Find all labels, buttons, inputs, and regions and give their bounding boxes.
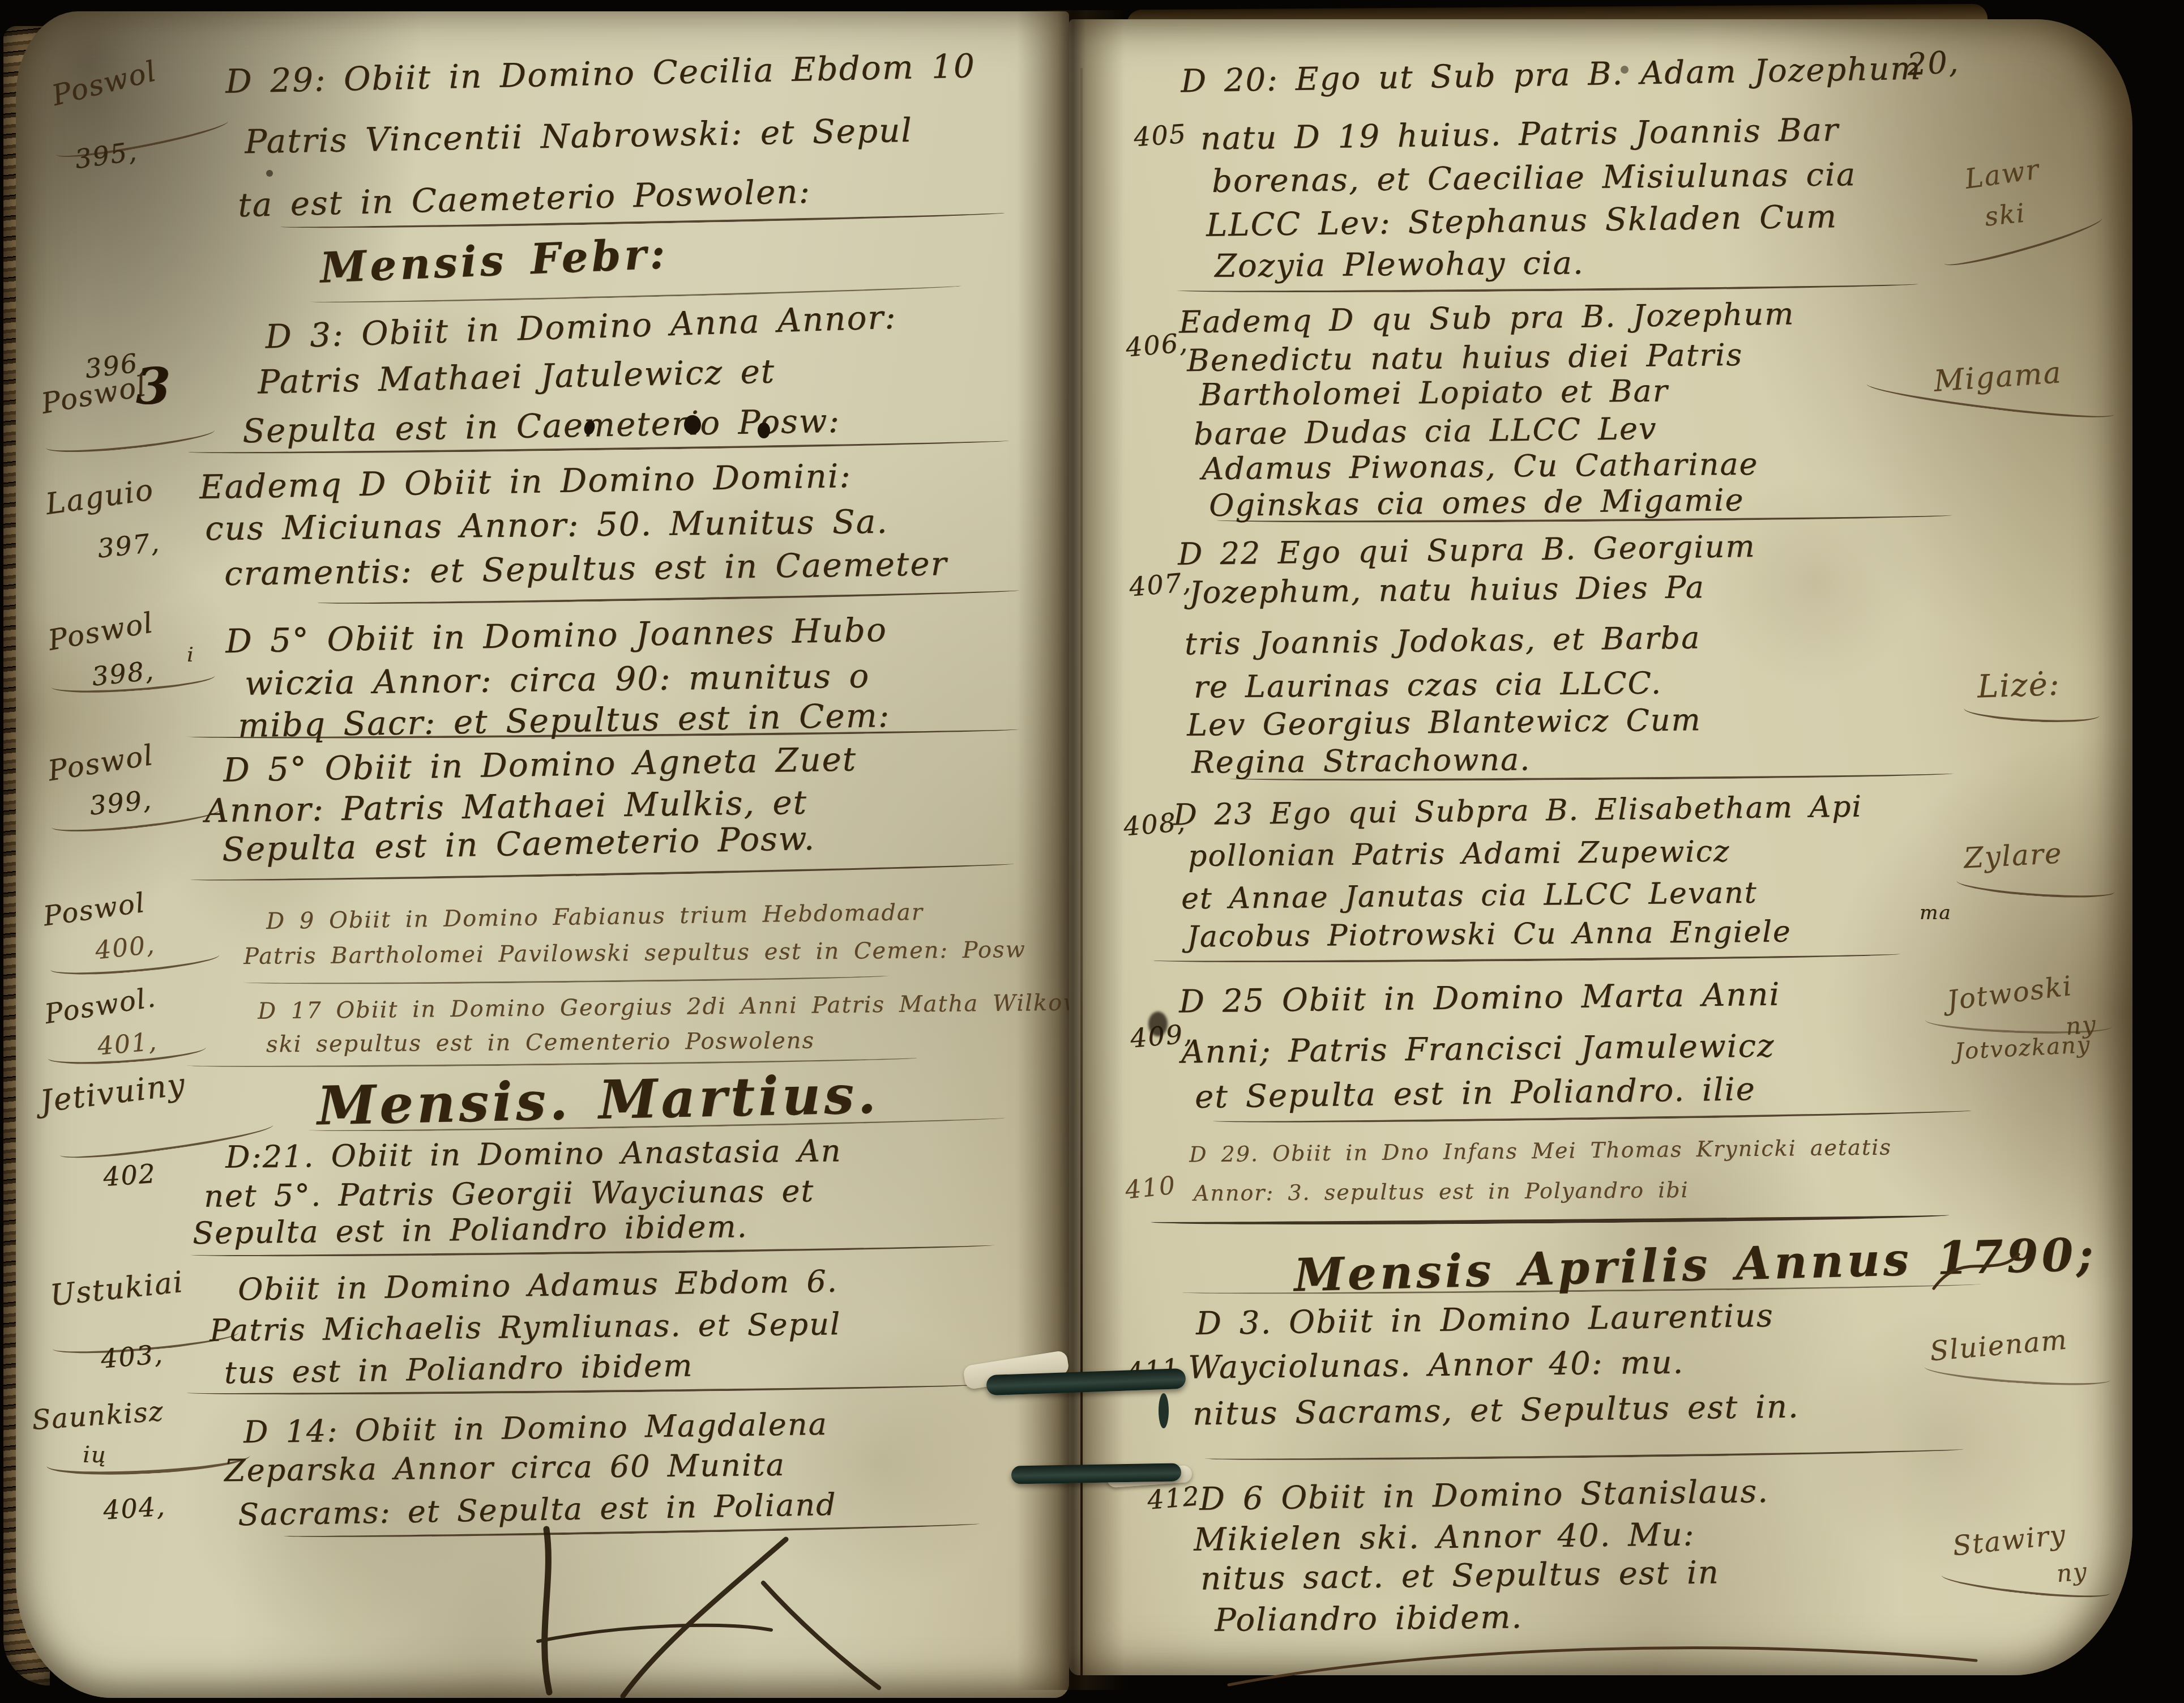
entry-409-line-2: Anni; Patris Francisci Jamulewicz xyxy=(1181,1028,1775,1071)
entry-402-line-1: D:21. Obiit in Domino Anastasia An xyxy=(225,1133,842,1175)
ink-smudge xyxy=(1148,1011,1168,1036)
binding-stitch-bottom xyxy=(1011,1463,1182,1484)
ink-smudge-green xyxy=(1159,1393,1169,1428)
margin-right-405-line-2: ski xyxy=(1983,197,2027,232)
entry-404-line-2: Zeparska Annor circa 60 Munita xyxy=(224,1447,785,1488)
entry-412-line-3: nitus sact. et Sepultus est in xyxy=(1200,1554,1720,1597)
entry-406-line-5: Adamus Piwonas, Cu Catharinae xyxy=(1202,446,1759,487)
entry-406-line-3: Bartholomei Lopiato et Bar xyxy=(1199,373,1669,412)
entry-405-line-3: borenas, et Caeciliae Misiulunas cia xyxy=(1212,156,1857,200)
entry-number-397: 397, xyxy=(96,527,161,564)
entry-408-line-2: pollonian Patris Adami Zupewicz xyxy=(1188,835,1730,873)
ink-spot xyxy=(1621,66,1629,74)
book-scan: Poswol 395, D 29: Obiit in Domino Cecili… xyxy=(0,0,2184,1703)
entry-407-line-2: Jozephum, natu huius Dies Pa xyxy=(1189,569,1705,611)
entry-412-line-2: Mikielen ski. Annor 40. Mu: xyxy=(1194,1516,1695,1558)
entry-403-line-2: Patris Michaelis Rymliunas. et Sepul xyxy=(210,1306,841,1348)
entry-number-399: 399, xyxy=(88,784,153,821)
entry-411-line-2: Wayciolunas. Annor 40: mu. xyxy=(1188,1344,1685,1386)
pen-flourish-right-bottom xyxy=(1206,1631,1999,1699)
ink-blot xyxy=(684,415,701,434)
entry-406-line-2: Benedictu natu huius diei Patris xyxy=(1187,337,1743,378)
entry-number-410: 410 xyxy=(1124,1171,1178,1205)
entry-number-404: 404, xyxy=(102,1491,166,1526)
entry-408-line-4: Jacobus Piotrowski Cu Anna Engiele xyxy=(1187,915,1792,954)
entry-401-line-2: ski sepultus est in Cementerio Poswolens xyxy=(266,1028,815,1058)
margin-note-398: i xyxy=(187,643,195,667)
entry-number-403: 403, xyxy=(100,1338,165,1374)
entry-408-superscript: ma xyxy=(1920,902,1952,924)
entry-407-line-3: tris Joannis Jodokas, et Barba xyxy=(1185,620,1701,661)
entry-402-line-2: net 5°. Patris Georgii Wayciunas et xyxy=(204,1173,815,1214)
entry-411-line-3: nitus Sacrams, et Sepultus est in. xyxy=(1193,1388,1800,1432)
ink-spot xyxy=(266,170,273,177)
entry-406-line-4: barae Dudas cia LLCC Lev xyxy=(1194,411,1657,452)
margin-right-407: Lizė: xyxy=(1977,665,2061,705)
entry-409-line-1: D 25 Obiit in Domino Marta Anni xyxy=(1179,976,1781,1021)
margin-right-408: Zylare xyxy=(1963,836,2063,874)
correction-mark-396: 3 xyxy=(136,357,172,416)
entry-407-line-4: re Laurinas czas cia LLCC. xyxy=(1194,665,1662,705)
entry-number-401: 401, xyxy=(96,1027,159,1061)
pen-flourish-left-bottom xyxy=(453,1489,917,1699)
entry-397-line-2: cus Miciunas Annor: 50. Munitus Sa. xyxy=(205,502,888,548)
heading-april-flourish xyxy=(1925,1240,2027,1303)
entry-408-line-3: et Annae Janutas cia LLCC Levant xyxy=(1181,876,1758,916)
entry-number-402: 402 xyxy=(102,1158,157,1192)
entry-number-398: 398, xyxy=(90,655,155,692)
entry-number-412: 412 xyxy=(1146,1480,1202,1516)
entry-410-line-2: Annor: 3. sepultus est in Polyandro ibi xyxy=(1194,1177,1689,1206)
entry-409-line-3: et Sepulta est in Poliandro. ilie xyxy=(1195,1071,1756,1116)
entry-number-405: 405 xyxy=(1132,118,1187,152)
entry-407-line-5: Lev Georgius Blantewicz Cum xyxy=(1187,702,1702,743)
ink-blot xyxy=(758,422,770,438)
entry-405-line-5: Zozyia Plewohay cia. xyxy=(1215,245,1584,285)
entry-398-line-2: wiczia Annor: circa 90: munitus o xyxy=(245,656,870,702)
